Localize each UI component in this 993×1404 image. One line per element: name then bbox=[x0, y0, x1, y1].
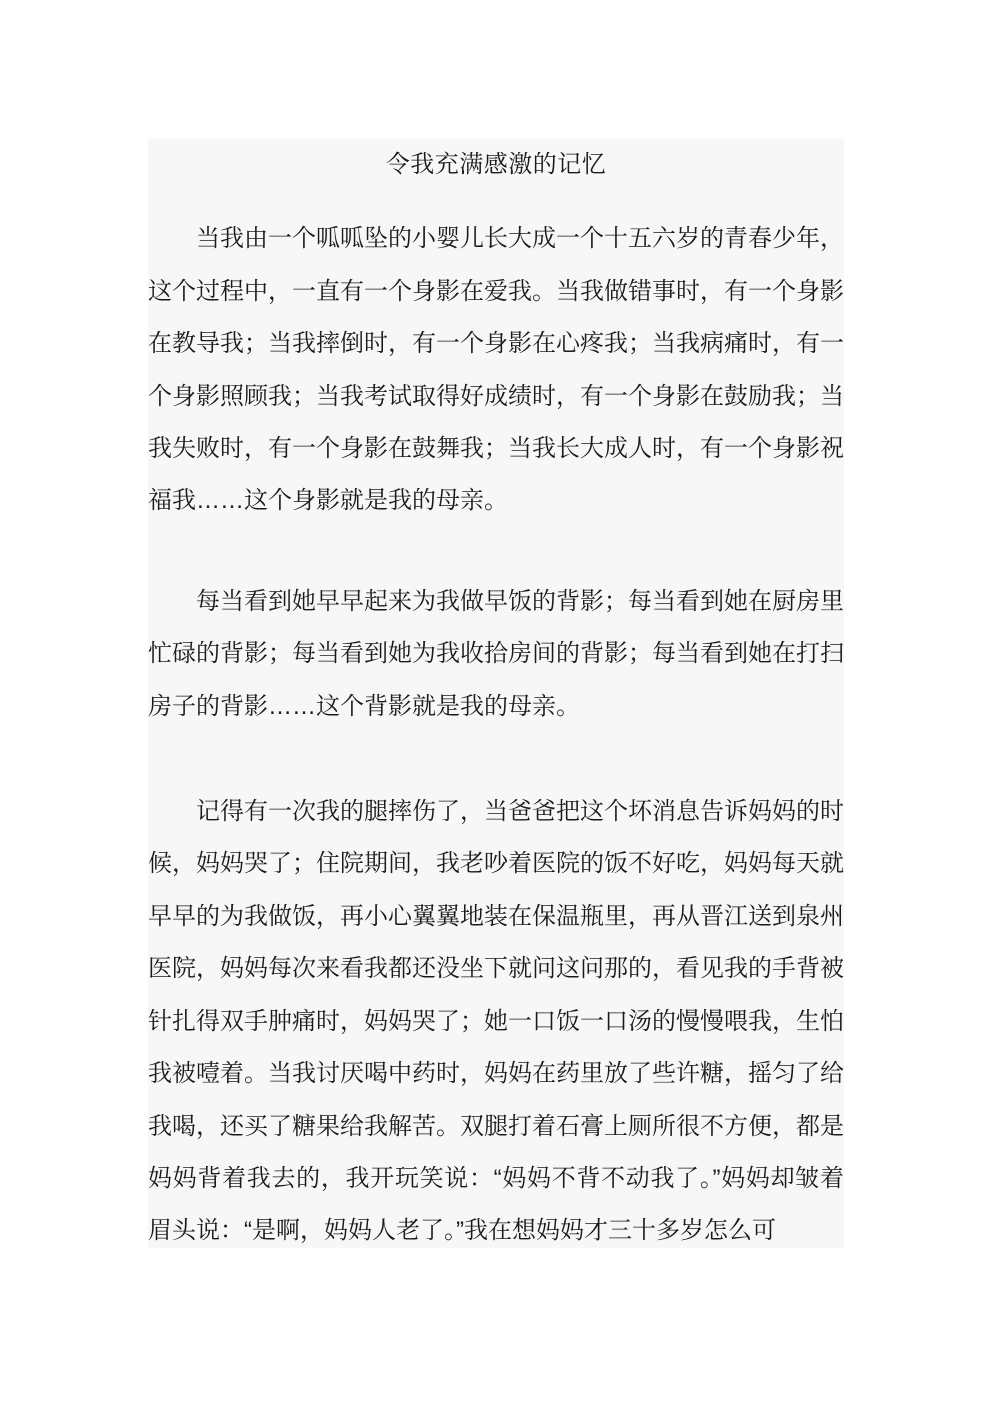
essay-paragraph-3: 记得有一次我的腿摔伤了，当爸爸把这个坏消息告诉妈妈的时候，妈妈哭了；住院期间，我… bbox=[148, 786, 844, 1248]
document-page: 令我充满感激的记忆 当我由一个呱呱坠的小婴儿长大成一个十五六岁的青春少年，这个过… bbox=[148, 139, 844, 1248]
document-title: 令我充满感激的记忆 bbox=[148, 139, 844, 191]
essay-paragraph-2: 每当看到她早早起来为我做早饭的背影；每当看到她在厨房里忙碌的背影；每当看到她为我… bbox=[148, 576, 844, 733]
essay-paragraph-1: 当我由一个呱呱坠的小婴儿长大成一个十五六岁的青春少年，这个过程中，一直有一个身影… bbox=[148, 213, 844, 527]
